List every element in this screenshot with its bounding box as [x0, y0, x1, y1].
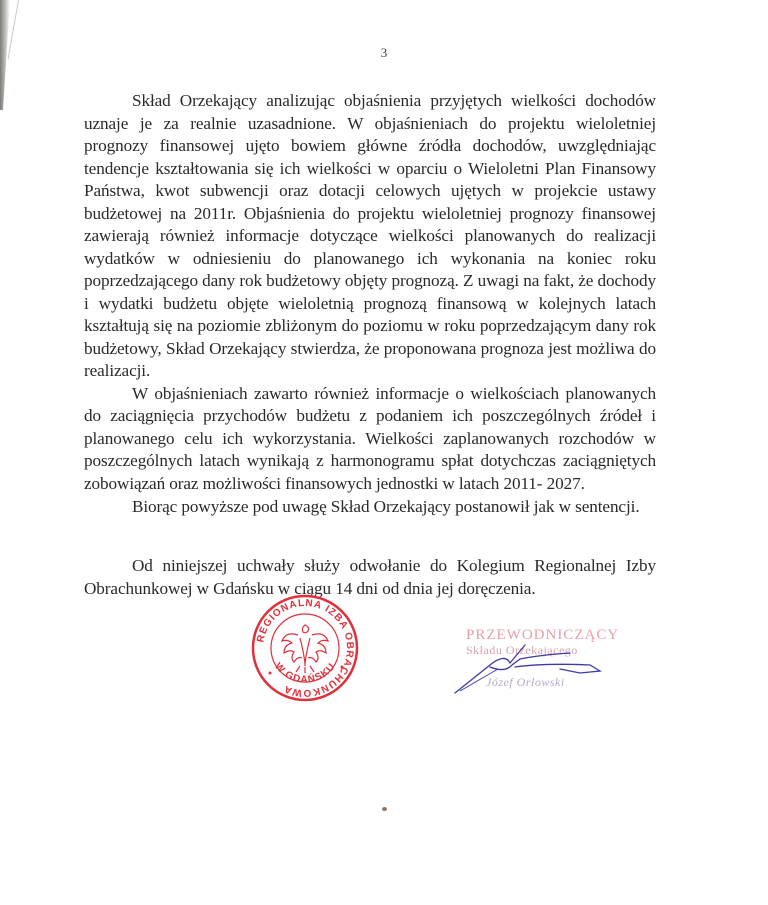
body-text-conclusion: Biorąc powyższe pod uwagę Skład Orzekają… — [84, 496, 656, 519]
stamp-seal-icon: REGIONALNA IZBA OBRACHUNKOWA W GDAŃSKU — [250, 593, 360, 703]
paragraph-appeal: Od niniejszej uchwały służy odwołanie do… — [84, 555, 656, 600]
handwritten-signature-icon — [450, 625, 630, 695]
paragraph-revenue-sources: W objaśnieniach zawarto również informac… — [84, 383, 656, 496]
paragraph-income-analysis: Skład Orzekający analizując objaśnienia … — [84, 90, 656, 383]
paragraph-decision: Biorąc powyższe pod uwagę Skład Orzekają… — [84, 496, 656, 519]
body-text-upper: Skład Orzekający analizując objaśnienia … — [84, 90, 656, 495]
signature-block: PRZEWODNICZĄCY Składu Orzekającego Józef… — [450, 625, 630, 695]
scan-speck — [382, 807, 387, 811]
page-number: 3 — [0, 45, 768, 61]
body-text-appeal: Od niniejszej uchwały służy odwołanie do… — [84, 555, 656, 600]
official-stamp: REGIONALNA IZBA OBRACHUNKOWA W GDAŃSKU — [250, 593, 360, 703]
eagle-emblem-icon — [282, 625, 328, 673]
